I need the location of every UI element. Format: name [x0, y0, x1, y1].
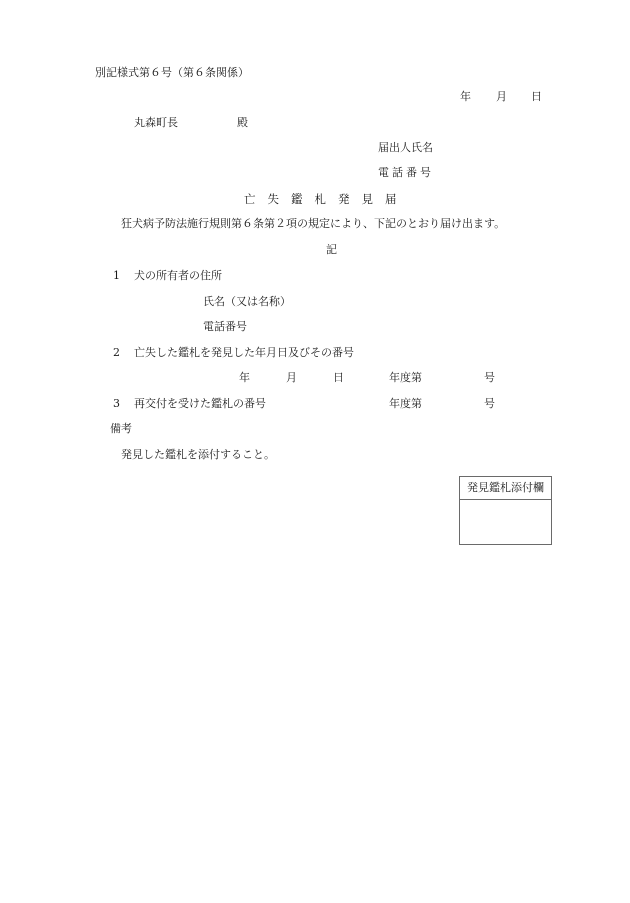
- found-date-label: 亡失した鑑札を発見した年月日及びその番号: [134, 346, 354, 360]
- attachment-box-area: [460, 500, 551, 544]
- found-fiscal-year-label: 年度第: [389, 371, 422, 385]
- found-month-label: 月: [286, 371, 297, 385]
- owner-phone-label: 電話番号: [203, 320, 247, 334]
- attachment-box-header: 発見鑑札添付欄: [460, 477, 551, 500]
- found-year-label: 年: [239, 371, 250, 385]
- applicant-name-label: 届出人氏名: [378, 141, 433, 155]
- reissued-tag-label: 再交付を受けた鑑札の番号: [134, 397, 266, 411]
- form-label: 別記様式第６号（第６条関係）: [95, 66, 249, 80]
- item-number: 1: [113, 269, 120, 283]
- addressee-honorific: 殿: [237, 116, 248, 130]
- date-month-label: 月: [496, 90, 507, 104]
- attachment-box: 発見鑑札添付欄: [459, 476, 552, 545]
- reissued-fiscal-year-label: 年度第: [389, 397, 422, 411]
- date-year-label: 年: [460, 90, 471, 104]
- addressee-name: 丸森町長: [134, 116, 178, 130]
- found-number-suffix: 号: [484, 371, 495, 385]
- reissued-number-suffix: 号: [484, 397, 495, 411]
- owner-name-label: 氏名（又は名称）: [203, 295, 291, 309]
- document-title: 亡失鑑札発見届: [244, 192, 409, 206]
- date-day-label: 日: [531, 90, 542, 104]
- remarks-text: 発見した鑑札を添付すること。: [121, 448, 275, 462]
- item-number: 3: [113, 397, 120, 411]
- found-day-label: 日: [333, 371, 344, 385]
- remarks-heading: 備考: [110, 422, 132, 436]
- applicant-phone-label: 電話番号: [378, 166, 434, 180]
- intro-text: 狂犬病予防法施行規則第６条第２項の規定により、下記のとおり届け出ます。: [121, 217, 505, 231]
- item-number: 2: [113, 346, 120, 360]
- owner-address-label: 犬の所有者の住所: [134, 269, 222, 283]
- ki-heading: 記: [326, 243, 337, 257]
